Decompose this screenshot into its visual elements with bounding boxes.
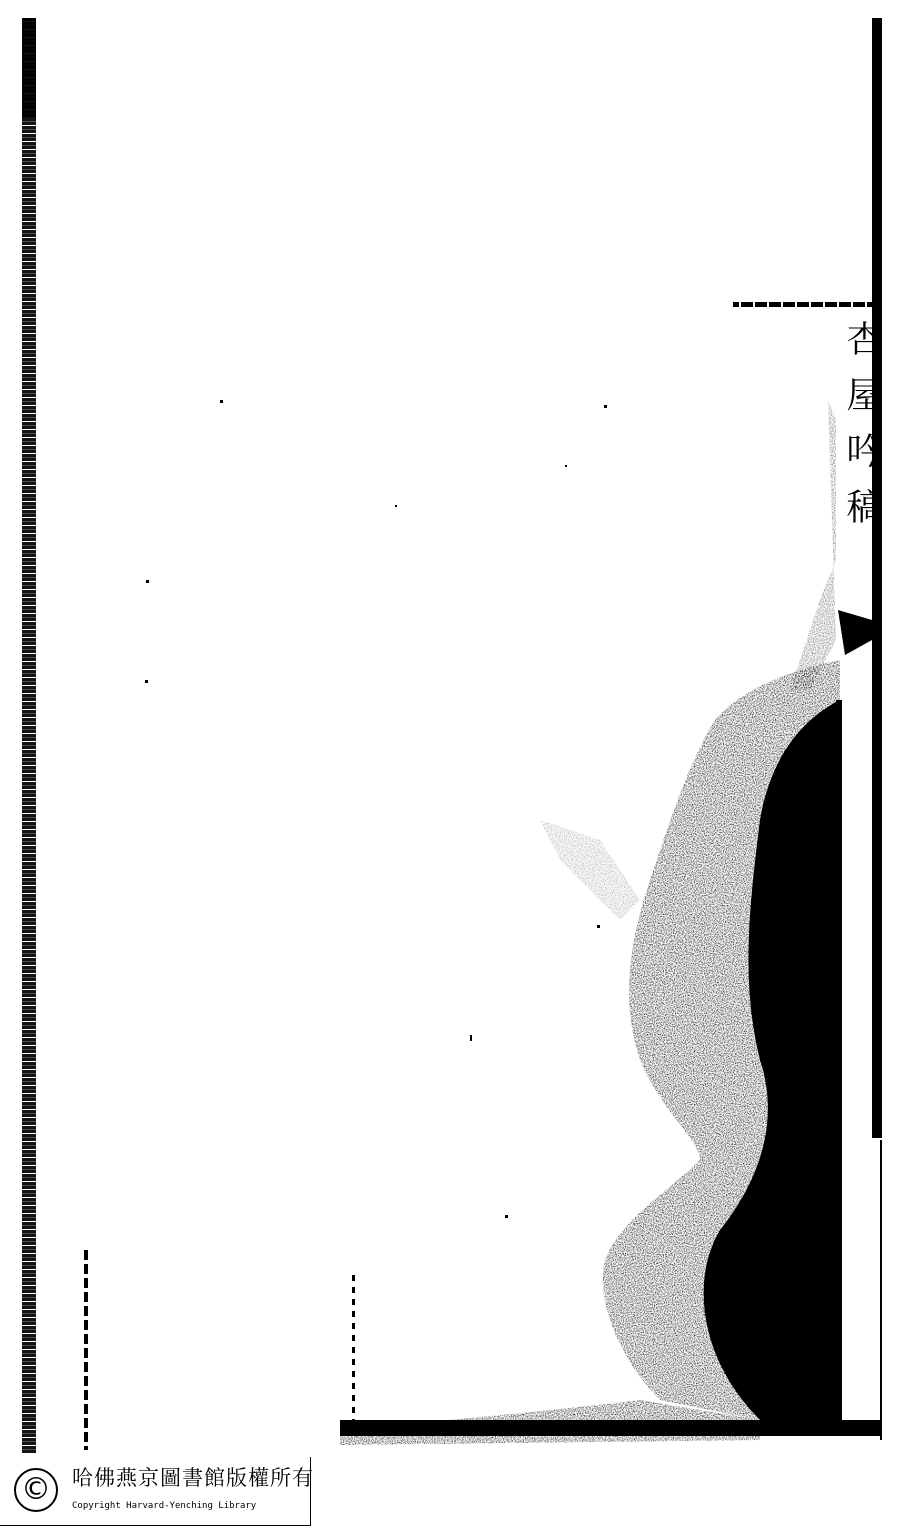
- ink-bleed-shadow: [0, 0, 900, 1530]
- copyright-text-chinese: 哈佛燕京圖書館版權所有: [72, 1462, 314, 1492]
- copyright-text-english: Copyright Harvard-Yenching Library: [72, 1501, 256, 1511]
- faint-column-rule: [352, 1275, 355, 1425]
- scanned-page: 杏屋吟稿 © 哈佛燕京圖書館版權所有 Copyright Harvard-Yen…: [0, 0, 900, 1530]
- block-frame-bottom-rule: [340, 1420, 882, 1436]
- left-margin-rule: [84, 1250, 88, 1450]
- page-title-column: 杏屋吟稿: [846, 320, 876, 544]
- block-frame-inner-right: [836, 700, 842, 1420]
- copyright-stamp: © 哈佛燕京圖書館版權所有 Copyright Harvard-Yenching…: [0, 1457, 311, 1526]
- copyright-icon: ©: [14, 1468, 58, 1512]
